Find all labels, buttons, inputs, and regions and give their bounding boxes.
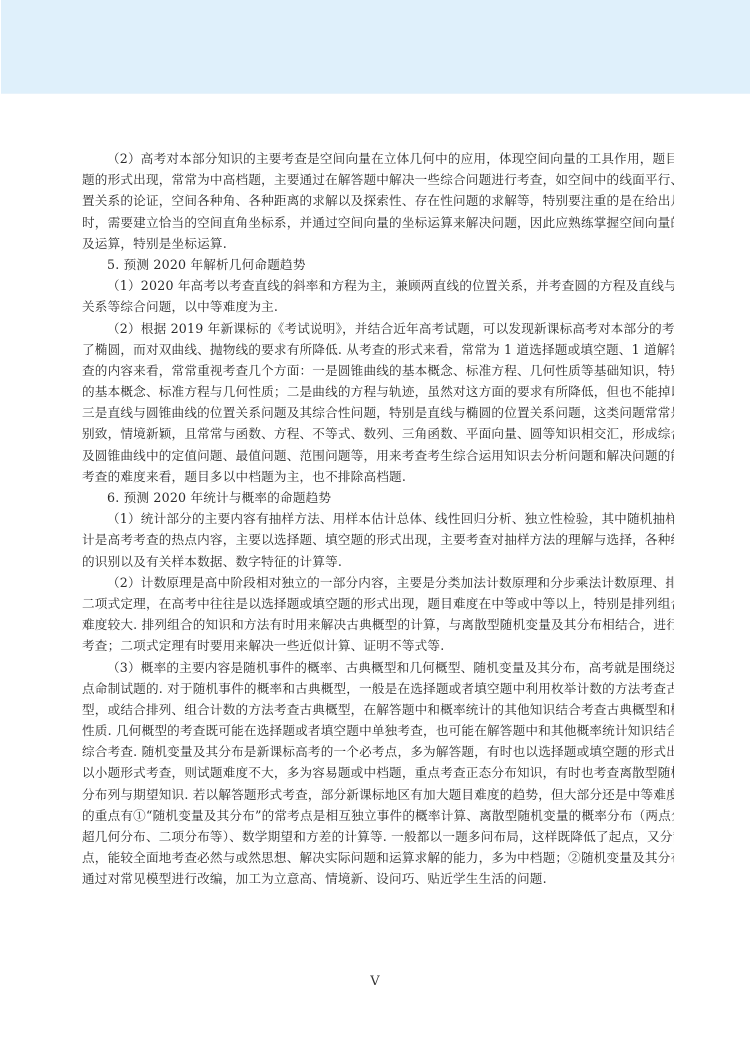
text-line: 二项式定理，在高考中往往是以选择题或填空题的形式出现，题目难度在中等或中等以上，… [82, 593, 674, 614]
text-line: 的识别以及有关样本数据、数字特征的计算等. [82, 551, 674, 572]
text-line: 时，需要建立恰当的空间直角坐标系，并通过空间向量的坐标运算来解决问题，因此应熟练… [82, 212, 674, 233]
text-line: 计是高考考查的热点内容，主要以选择题、填空题的形式出现，主要考查对抽样方法的理解… [82, 529, 674, 550]
text-line: 考查的难度来看，题目多以中档题为主，也不排除高档题. [82, 466, 674, 487]
text-line: 的基本概念、标准方程与几何性质；二是曲线的方程与轨迹，虽然对这方面的要求有所降低… [82, 381, 674, 402]
text-line: 型，或结合排列、组合计数的方法考查古典概型，在解答题中和概率统计的其他知识结合考… [82, 699, 674, 720]
text-line: （3）概率的主要内容是随机事件的概率、古典概型和几何概型、随机变量及其分布，高考… [82, 657, 674, 678]
header-band [1, 0, 750, 94]
section-heading-5: 5. 预测 2020 年解析几何命题趋势 [82, 254, 674, 275]
text-line: 分布列与期望知识. 若以解答题形式考查，部分新课标地区有加大题目难度的趋势，但大… [82, 784, 674, 805]
text-line: （2）高考对本部分知识的主要考查是空间向量在立体几何中的应用，体现空间向量的工具… [82, 148, 674, 169]
text-line: 通过对常见模型进行改编，加工为立意高、情境新、设问巧、贴近学生生活的问题. [82, 868, 674, 889]
text-line: （2）计数原理是高中阶段相对独立的一部分内容，主要是分类加法计数原理和分步乘法计… [82, 572, 674, 593]
text-line: 点命制试题的. 对于随机事件的概率和古典概型，一般是在选择题或者填空题中利用枚举… [82, 678, 674, 699]
text-line: 及运算，特别是坐标运算. [82, 233, 674, 254]
text-line: 超几何分布、二项分布等）、数学期望和方差的计算等. 一般都以一题多问布局，这样既… [82, 826, 674, 847]
text-line: 综合考查. 随机变量及其分布是新课标高考的一个必考点，多为解答题，有时也以选择题… [82, 741, 674, 762]
text-line: 查的内容来看，常常重视考查几个方面：一是圆锥曲线的基本概念、标准方程、几何性质等… [82, 360, 674, 381]
text-line: 别致，情境新颖，且常常与函数、方程、不等式、数列、三角函数、平面向量、圆等知识相… [82, 423, 674, 444]
page-number: V [0, 974, 750, 989]
text-line: 点，能较全面地考查必然与或然思想、解决实际问题和运算求解的能力，多为中档题；②随… [82, 847, 674, 868]
text-line: 置关系的论证，空间各种角、各种距离的求解以及探索性、存在性问题的求解等，特别要注… [82, 190, 674, 211]
page-body: （2）高考对本部分知识的主要考查是空间向量在立体几何中的应用，体现空间向量的工具… [82, 148, 674, 890]
text-line: （2）根据 2019 年新课标的《考试说明》，并结合近年高考试题，可以发现新课标… [82, 318, 674, 339]
text-line: 了椭圆，而对双曲线、抛物线的要求有所降低. 从考查的形式来看，常常为 1 道选择… [82, 339, 674, 360]
text-line: 的重点有①“随机变量及其分布”的常考点是相互独立事件的概率计算、离散型随机变量的… [82, 805, 674, 826]
section-heading-6: 6. 预测 2020 年统计与概率的命题趋势 [82, 487, 674, 508]
text-line: （1）2020 年高考以考查直线的斜率和方程为主，兼顾两直线的位置关系，并考查圆… [82, 275, 674, 296]
text-line: 性质. 几何概型的考查既可能在选择题或者填空题中单独考查，也可能在解答题中和其他… [82, 720, 674, 741]
text-line: 难度较大. 排列组合的知识和方法有时用来解决古典概型的计算，与离散型随机变量及其… [82, 614, 674, 635]
text-line: 考查；二项式定理有时要用来解决一些近似计算、证明不等式等. [82, 635, 674, 656]
text-line: 及圆锥曲线中的定值问题、最值问题、范围问题等，用来考查考生综合运用知识去分析问题… [82, 445, 674, 466]
text-line: 题的形式出现，常常为中高档题，主要通过在解答题中解决一些综合问题进行考查，如空间… [82, 169, 674, 190]
text-line: 三是直线与圆锥曲线的位置关系问题及其综合性问题，特别是直线与椭圆的位置关系问题，… [82, 402, 674, 423]
text-line: （1）统计部分的主要内容有抽样方法、用样本估计总体、线性回归分析、独立性检验，其… [82, 508, 674, 529]
text-line: 以小题形式考查，则试题难度不大，多为容易题或中档题，重点考查正态分布知识，有时也… [82, 762, 674, 783]
text-line: 关系等综合问题，以中等难度为主. [82, 296, 674, 317]
